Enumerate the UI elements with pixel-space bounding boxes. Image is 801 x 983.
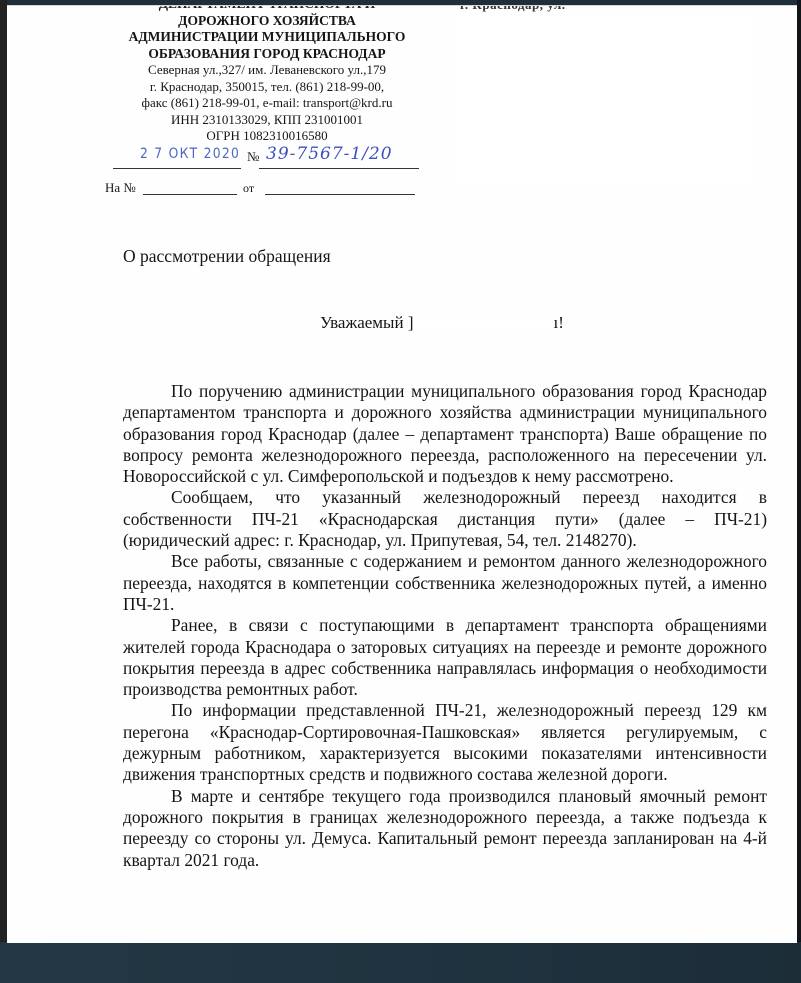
body-paragraph: Сообщаем, что указанный железнодорожный …	[123, 487, 767, 551]
greeting-prefix: Уважаемый ]	[320, 313, 414, 332]
recipient-address-fragment: г. Краснодар, ул.	[460, 5, 566, 13]
redacted-name	[414, 314, 554, 334]
body-paragraph: По информации представленной ПЧ-21, желе…	[123, 700, 767, 785]
redacted-recipient-block	[451, 14, 755, 184]
body-paragraph: Все работы, связанные с содержанием и ре…	[123, 551, 767, 615]
viewer-left-edge	[0, 0, 7, 942]
document-page: ДЕПАРТАМЕНТ ТРАНСПОРТА И ДОРОЖНОГО ХОЗЯЙ…	[7, 5, 797, 943]
ogrn-line: ОГРН 1082310016580	[97, 128, 437, 145]
org-name-line: ДОРОЖНОГО ХОЗЯЙСТВА	[97, 13, 437, 30]
body-paragraph: Ранее, в связи с поступающими в департам…	[123, 615, 767, 700]
registration-number: 39-7567-1/20	[266, 144, 393, 164]
letterhead: ДЕПАРТАМЕНТ ТРАНСПОРТА И ДОРОЖНОГО ХОЗЯЙ…	[97, 5, 437, 145]
date-stamp: 2 7 ОКТ 2020	[140, 146, 240, 162]
letter-body: По поручению администрации муниципальног…	[123, 381, 767, 871]
registration-line: 2 7 ОКТ 2020 № 39-7567-1/20	[106, 145, 426, 171]
contact-line: факс (861) 218-99-01, e-mail: transport@…	[97, 95, 437, 112]
viewer-right-edge	[797, 0, 801, 942]
number-sign: №	[247, 149, 259, 165]
letter-subject: О рассмотрении обращения	[123, 246, 331, 267]
body-paragraph: По поручению администрации муниципальног…	[123, 381, 767, 487]
reference-date-label: от	[243, 181, 254, 196]
reference-number-label: На №	[105, 180, 136, 196]
inn-kpp-line: ИНН 2310133029, КПП 231001001	[97, 112, 437, 129]
address-line: Северная ул.,327/ им. Леваневского ул.,1…	[97, 62, 437, 79]
org-name-line: АДМИНИСТРАЦИИ МУНИЦИПАЛЬНОГО	[97, 29, 437, 46]
reference-line: На № от	[105, 180, 425, 198]
reference-date-blank	[265, 194, 415, 195]
number-underline	[259, 168, 419, 169]
org-name-line: ДЕПАРТАМЕНТ ТРАНСПОРТА И	[97, 5, 437, 13]
greeting-suffix: ı!	[554, 313, 564, 332]
viewer-background	[0, 942, 801, 983]
body-paragraph: В марте и сентябре текущего года произво…	[123, 786, 767, 871]
org-name-line: ОБРАЗОВАНИЯ ГОРОД КРАСНОДАР	[97, 46, 437, 63]
reference-number-blank	[143, 194, 237, 195]
date-underline	[113, 168, 241, 169]
address-line: г. Краснодар, 350015, тел. (861) 218-99-…	[97, 79, 437, 96]
greeting: Уважаемый ]ı!	[320, 313, 564, 334]
